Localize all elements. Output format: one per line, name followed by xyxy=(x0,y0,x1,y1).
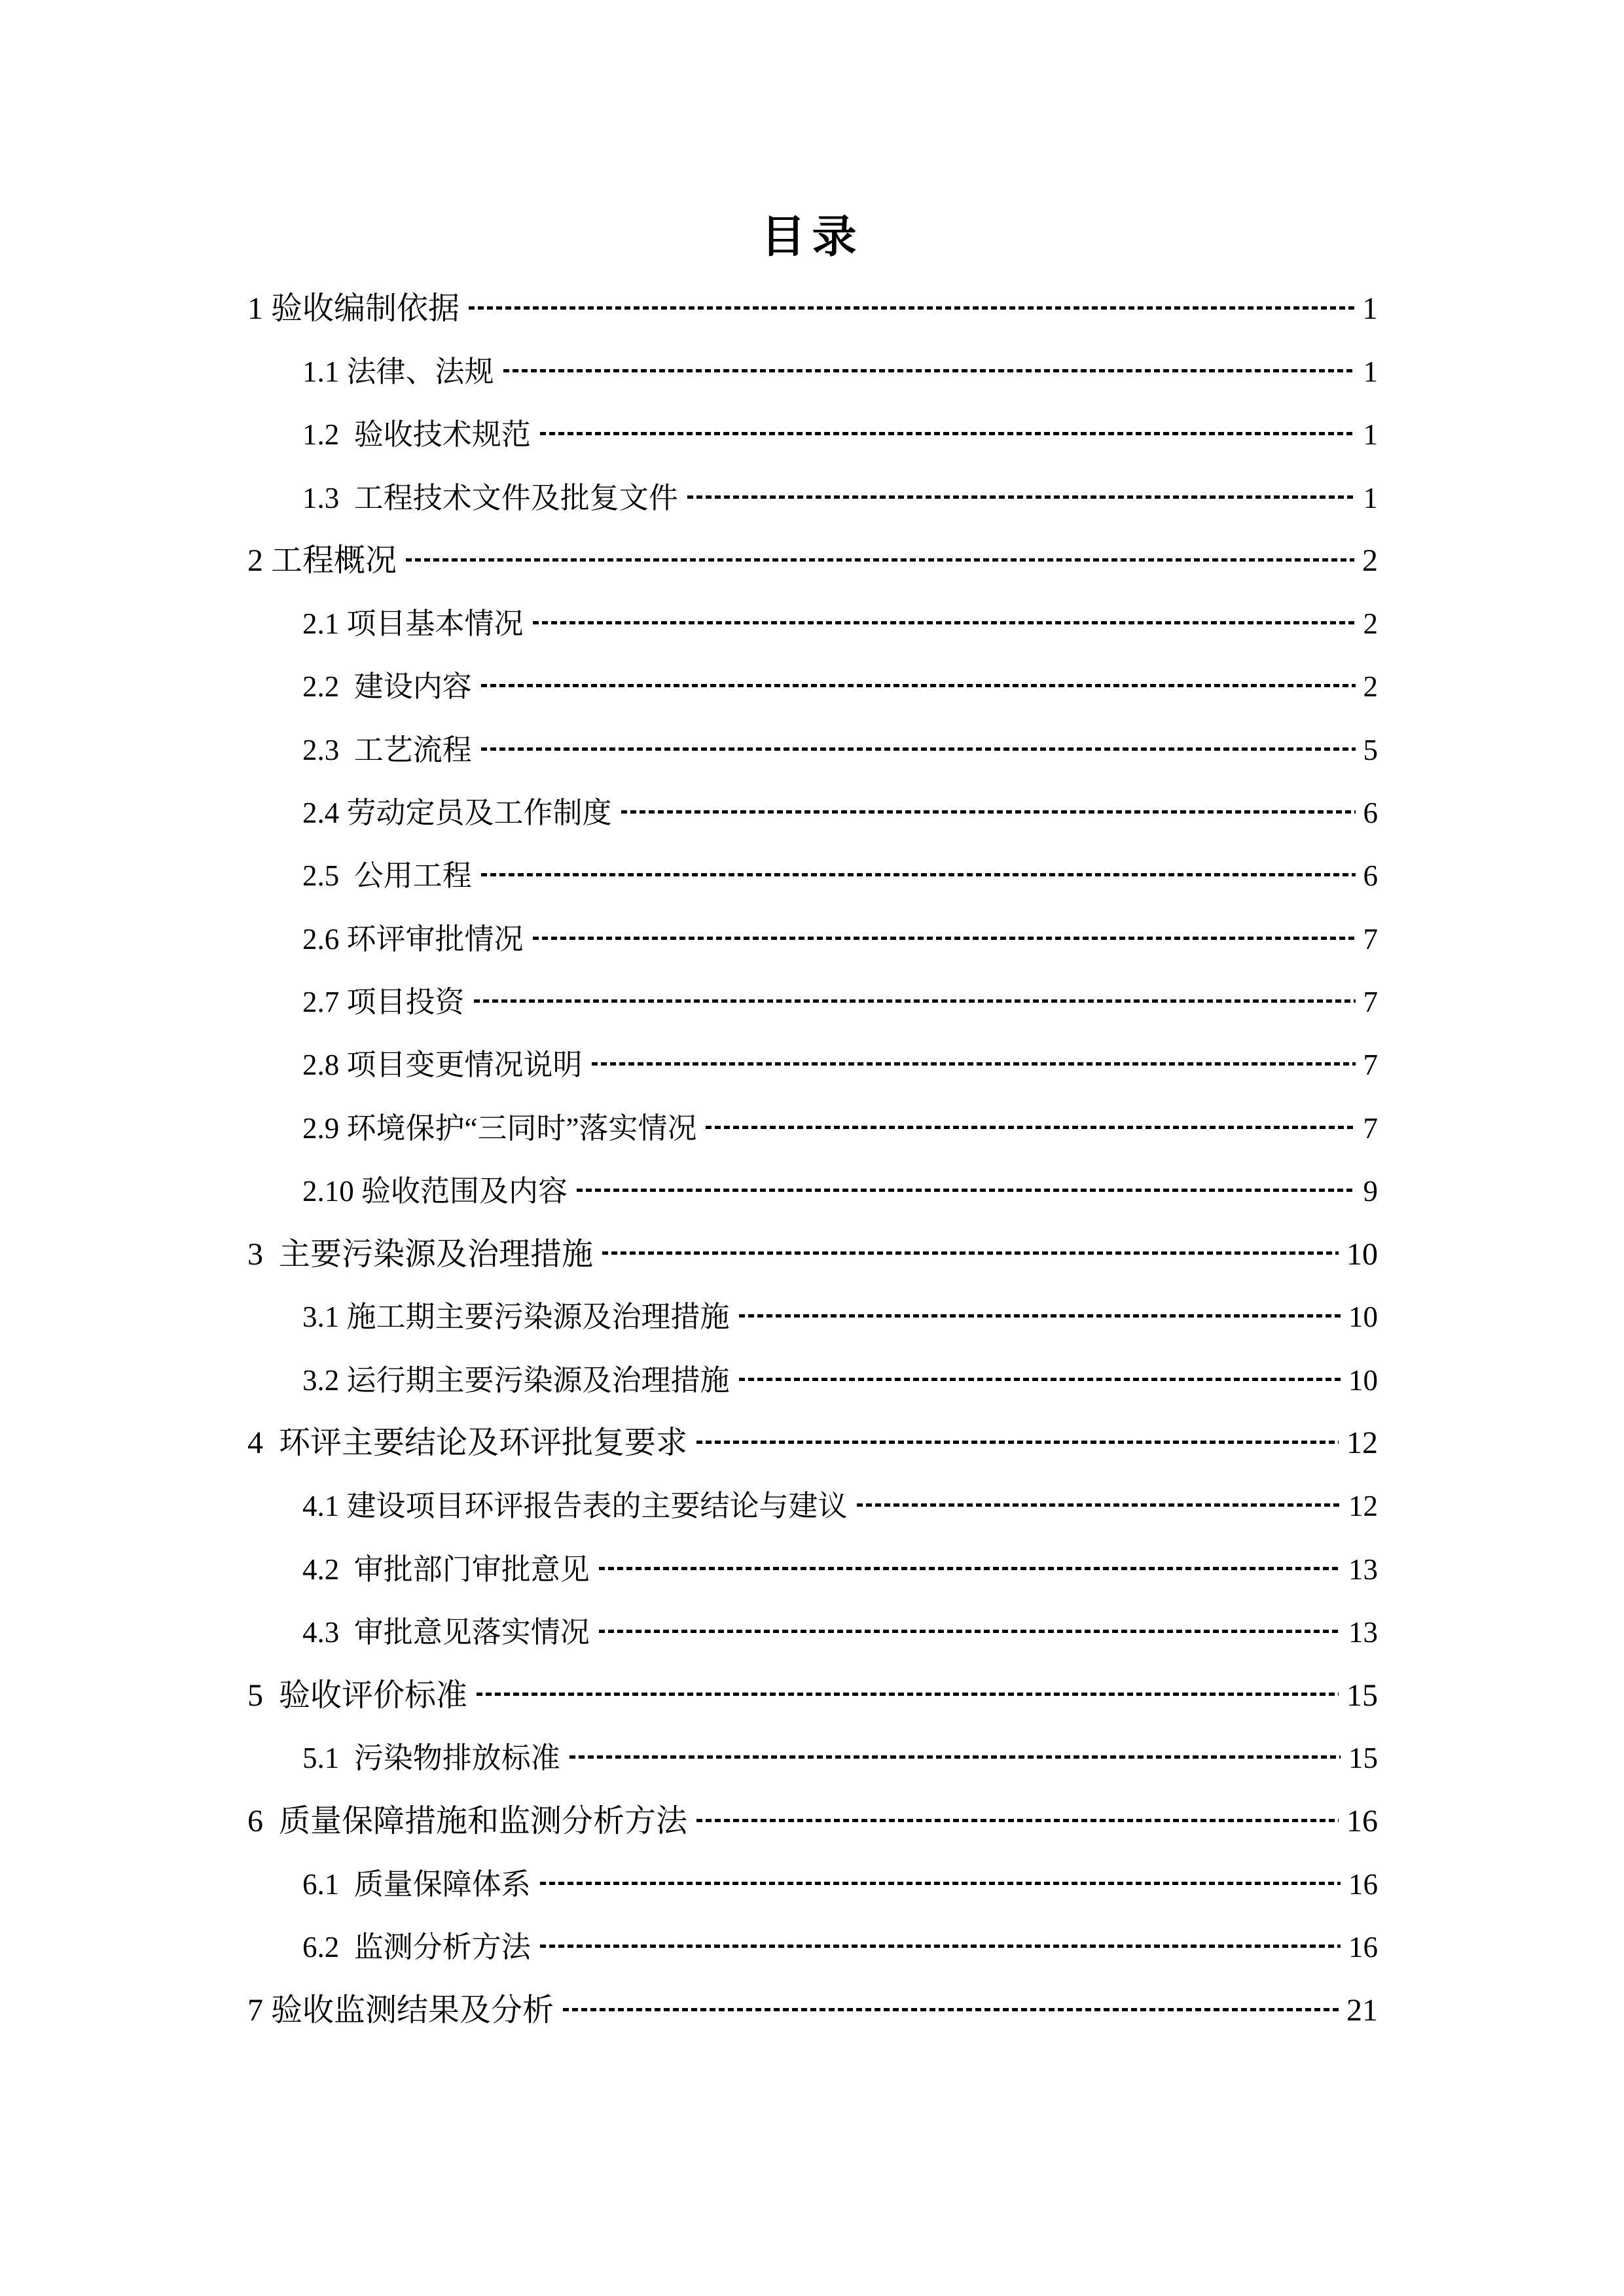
toc-entry-label: 4.3 审批意见落实情况 xyxy=(302,1618,590,1647)
toc-entry: 6.1 质量保障体系 16 xyxy=(247,1853,1378,1916)
toc-entry-page: 15 xyxy=(1348,1744,1378,1773)
toc-entry-label: 2.4 劳动定员及工作制度 xyxy=(302,798,612,828)
toc-entry: 2.9 环境保护“三同时”落实情况 7 xyxy=(247,1097,1378,1160)
toc-entry-label: 4 环评主要结论及环评批复要求 xyxy=(247,1427,687,1459)
dotted-leader xyxy=(540,1882,1341,1885)
toc-entry: 1.2 验收技术规范 1 xyxy=(247,404,1378,467)
dotted-leader xyxy=(469,306,1354,310)
toc-entry: 2.1 项目基本情况 2 xyxy=(247,592,1378,655)
dotted-leader xyxy=(696,1441,1339,1444)
dotted-leader xyxy=(533,621,1356,624)
toc-entry-page: 2 xyxy=(1363,672,1379,702)
document-page: { "page_title": "目录", "toc": { "entries"… xyxy=(0,0,1624,2296)
toc-entry-label: 3 主要污染源及治理措施 xyxy=(247,1239,593,1270)
dotted-leader xyxy=(577,1189,1355,1192)
dotted-leader xyxy=(739,1314,1341,1318)
toc-entry-page: 16 xyxy=(1348,1933,1378,1962)
toc-entry-page: 10 xyxy=(1348,1366,1378,1395)
dotted-leader xyxy=(533,937,1356,940)
toc-entry-label: 2.6 环评审批情况 xyxy=(302,925,524,954)
toc-entry-label: 5.1 污染物排放标准 xyxy=(302,1744,560,1773)
toc-entry-page: 2 xyxy=(1362,545,1378,577)
dotted-leader xyxy=(563,2008,1339,2011)
toc-entry-label: 2.7 项目投资 xyxy=(302,988,465,1017)
toc-entry: 3.1 施工期主要污染源及治理措施 10 xyxy=(247,1286,1378,1349)
toc-entry-label: 2.5 公用工程 xyxy=(302,861,472,891)
toc-entry-page: 7 xyxy=(1363,925,1379,954)
toc-entry: 3.2 运行期主要污染源及治理措施 10 xyxy=(247,1349,1378,1412)
toc-entry-page: 1 xyxy=(1363,420,1379,450)
toc-entry-page: 12 xyxy=(1346,1427,1378,1459)
toc-entry-page: 7 xyxy=(1363,1050,1379,1080)
dotted-leader xyxy=(739,1378,1341,1381)
dotted-leader xyxy=(687,495,1356,499)
toc-entry: 2 工程概况 2 xyxy=(247,529,1378,592)
toc-entry: 5 验收评价标准 15 xyxy=(247,1664,1378,1727)
toc-entry: 2.5 公用工程 6 xyxy=(247,845,1378,908)
toc-entry-label: 1.1 法律、法规 xyxy=(302,357,494,387)
dotted-leader xyxy=(592,1062,1356,1066)
toc-entry-label: 2.9 环境保护“三同时”落实情况 xyxy=(302,1114,696,1143)
dotted-leader xyxy=(602,1251,1339,1255)
toc-entry-page: 13 xyxy=(1348,1618,1378,1647)
dotted-leader xyxy=(481,747,1356,751)
toc-entry-page: 21 xyxy=(1346,1995,1378,2026)
toc-entry: 4.1 建设项目环评报告表的主要结论与建议 12 xyxy=(247,1475,1378,1538)
toc-entry-page: 5 xyxy=(1363,736,1379,765)
toc-entry-page: 1 xyxy=(1363,357,1379,387)
dotted-leader xyxy=(621,810,1356,814)
toc-entry: 7 验收监测结果及分析 21 xyxy=(247,1979,1378,2042)
dotted-leader xyxy=(474,999,1356,1003)
toc: 1 验收编制依据 1 1.1 法律、法规 1 1.2 验收技术规范 1 1.3 … xyxy=(247,278,1378,2042)
toc-entry: 5.1 污染物排放标准 15 xyxy=(247,1727,1378,1790)
toc-entry-page: 13 xyxy=(1348,1555,1378,1585)
toc-entry: 4.2 审批部门审批意见 13 xyxy=(247,1538,1378,1601)
toc-entry: 1.3 工程技术文件及批复文件 1 xyxy=(247,467,1378,529)
toc-entry: 2.3 工艺流程 5 xyxy=(247,719,1378,781)
toc-entry-page: 16 xyxy=(1346,1806,1378,1837)
toc-entry-page: 10 xyxy=(1348,1302,1378,1332)
toc-entry: 2.10 验收范围及内容 9 xyxy=(247,1160,1378,1223)
toc-entry: 3 主要污染源及治理措施 10 xyxy=(247,1223,1378,1285)
toc-entry-page: 12 xyxy=(1348,1492,1378,1521)
toc-entry-label: 4.1 建设项目环评报告表的主要结论与建议 xyxy=(302,1492,848,1521)
dotted-leader xyxy=(706,1126,1355,1129)
dotted-leader xyxy=(406,558,1354,562)
toc-entry-label: 6.1 质量保障体系 xyxy=(302,1870,531,1899)
toc-entry-page: 16 xyxy=(1348,1870,1378,1899)
toc-entry-label: 2.3 工艺流程 xyxy=(302,736,472,765)
toc-entry-page: 7 xyxy=(1363,988,1379,1017)
dotted-leader xyxy=(503,369,1356,372)
toc-entry-page: 10 xyxy=(1346,1239,1378,1270)
toc-entry-label: 3.1 施工期主要污染源及治理措施 xyxy=(302,1302,730,1332)
toc-entry: 1 验收编制依据 1 xyxy=(247,278,1378,340)
dotted-leader xyxy=(481,684,1356,687)
toc-entry-label: 1.2 验收技术规范 xyxy=(302,420,531,450)
toc-entry-page: 6 xyxy=(1363,861,1379,891)
dotted-leader xyxy=(477,1693,1339,1696)
toc-entry-page: 1 xyxy=(1362,293,1378,325)
toc-entry-page: 6 xyxy=(1363,798,1379,828)
toc-entry-page: 15 xyxy=(1346,1680,1378,1712)
toc-entry-label: 4.2 审批部门审批意见 xyxy=(302,1555,590,1585)
toc-entry: 2.7 项目投资 7 xyxy=(247,971,1378,1033)
dotted-leader xyxy=(481,873,1356,876)
toc-entry-label: 2.1 项目基本情况 xyxy=(302,609,524,639)
toc-entry-label: 1 验收编制依据 xyxy=(247,293,460,325)
dotted-leader xyxy=(857,1503,1341,1507)
toc-entry-page: 9 xyxy=(1363,1177,1379,1206)
page-title: 目录 xyxy=(0,213,1624,260)
dotted-leader xyxy=(569,1755,1341,1759)
toc-entry-label: 5 验收评价标准 xyxy=(247,1680,467,1712)
toc-entry-label: 2 工程概况 xyxy=(247,545,397,577)
toc-entry: 2.6 环评审批情况 7 xyxy=(247,908,1378,971)
toc-entry: 6 质量保障措施和监测分析方法 16 xyxy=(247,1790,1378,1853)
dotted-leader xyxy=(540,1945,1341,1948)
dotted-leader xyxy=(599,1630,1341,1633)
toc-entry-label: 7 验收监测结果及分析 xyxy=(247,1995,554,2026)
toc-entry: 4 环评主要结论及环评批复要求 12 xyxy=(247,1412,1378,1475)
toc-entry: 6.2 监测分析方法 16 xyxy=(247,1916,1378,1979)
toc-entry-page: 7 xyxy=(1363,1114,1379,1143)
toc-entry-label: 3.2 运行期主要污染源及治理措施 xyxy=(302,1366,730,1395)
toc-entry-label: 2.8 项目变更情况说明 xyxy=(302,1050,583,1080)
dotted-leader xyxy=(540,432,1356,435)
dotted-leader xyxy=(599,1567,1341,1570)
toc-entry: 2.4 劳动定员及工作制度 6 xyxy=(247,781,1378,844)
toc-entry-label: 2.2 建设内容 xyxy=(302,672,472,702)
toc-entry: 2.2 建设内容 2 xyxy=(247,656,1378,719)
toc-entry: 2.8 项目变更情况说明 7 xyxy=(247,1034,1378,1097)
toc-entry: 1.1 法律、法规 1 xyxy=(247,340,1378,403)
toc-entry-label: 6 质量保障措施和监测分析方法 xyxy=(247,1806,687,1837)
toc-entry-page: 1 xyxy=(1363,484,1379,513)
toc-entry-label: 1.3 工程技术文件及批复文件 xyxy=(302,484,678,513)
toc-entry-label: 2.10 验收范围及内容 xyxy=(302,1177,568,1206)
dotted-leader xyxy=(696,1819,1339,1822)
toc-entry: 4.3 审批意见落实情况 13 xyxy=(247,1601,1378,1664)
toc-entry-page: 2 xyxy=(1363,609,1379,639)
toc-entry-label: 6.2 监测分析方法 xyxy=(302,1933,531,1962)
